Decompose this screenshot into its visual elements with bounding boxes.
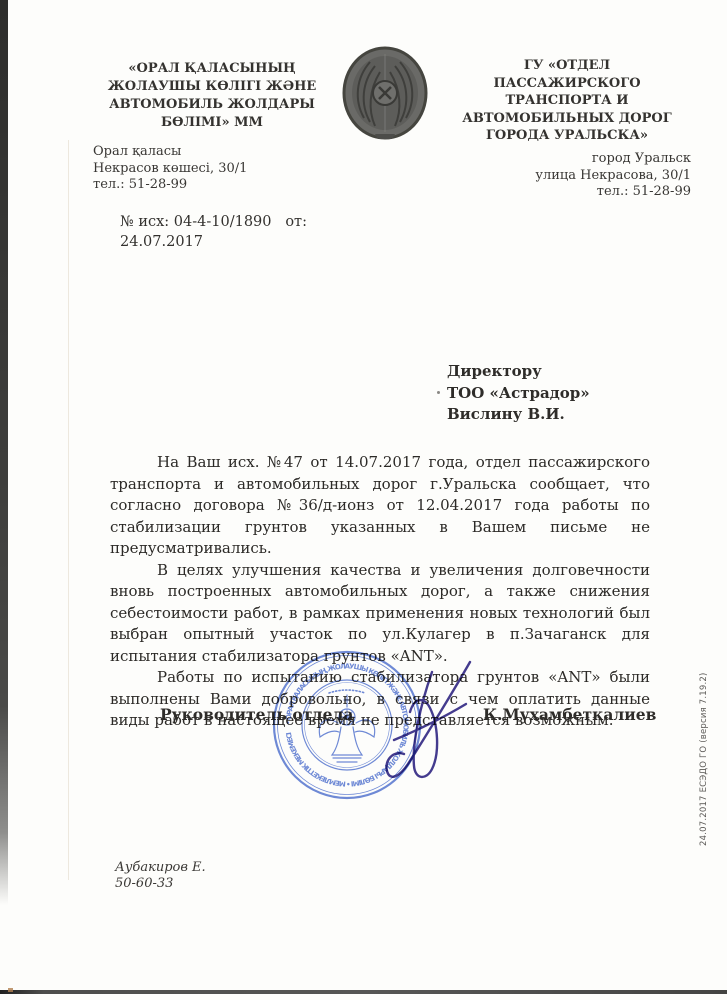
- body-paragraph-1: На Ваш исх. №47 от 14.07.2017 года, отде…: [110, 452, 650, 560]
- scan-artifact-corner-dot: [8, 988, 13, 992]
- handwritten-signature: [352, 648, 487, 798]
- outgoing-number: № исх: 04-4-10/1890 от: 24.07.2017: [120, 212, 307, 252]
- scan-artifact-crease: [68, 140, 69, 880]
- org-address-russian: город Уральск улица Некрасова, 30/1 тел.…: [535, 151, 691, 201]
- scan-speck: [437, 391, 440, 394]
- addressee-block: Директору ТОО «Астрадор» Вислину В.И.: [447, 361, 590, 426]
- scan-artifact-left-edge: [0, 0, 8, 905]
- org-name-kazakh: «ОРАЛ ҚАЛАСЫНЫҢ ЖОЛАУШЫ КӨЛІГІ ЖӘНЕ АВТО…: [103, 60, 321, 132]
- org-address-kazakh: Орал қаласы Некрасов көшесі, 30/1 тел.: …: [93, 144, 247, 194]
- edms-version-note: 24.07.2017 ЕСЭДО ГО (версия 7.19.2): [699, 672, 709, 846]
- scanned-letter-page: «ОРАЛ ҚАЛАСЫНЫҢ ЖОЛАУШЫ КӨЛІГІ ЖӘНЕ АВТО…: [0, 0, 727, 1000]
- state-emblem-icon: [342, 46, 428, 140]
- executor-contact: Аубакиров Е. 50-60-33: [115, 860, 206, 892]
- signatory-name: К.Мухамбеткалиев: [483, 705, 656, 724]
- scan-artifact-bottom-edge: [0, 990, 727, 994]
- org-name-russian: ГУ «ОТДЕЛ ПАССАЖИРСКОГО ТРАНСПОРТА И АВТ…: [452, 57, 682, 145]
